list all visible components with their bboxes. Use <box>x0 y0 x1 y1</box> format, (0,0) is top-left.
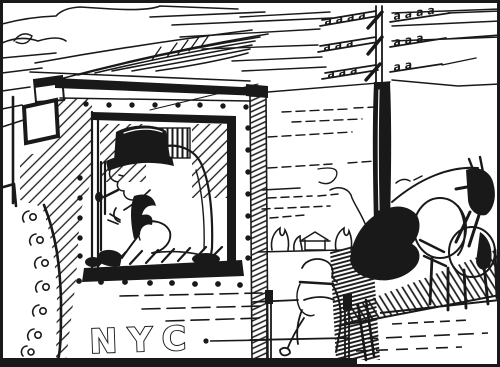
front-window <box>24 100 58 143</box>
flagman-hand <box>280 348 290 356</box>
ground-bar <box>0 358 357 365</box>
lettering-period <box>203 338 208 343</box>
cab-right-edge <box>250 96 268 360</box>
locomotive-sketch: aaaa aaaa aaa aaa aaa aa <box>0 0 500 367</box>
engineer-eye <box>119 175 123 176</box>
nyc-lettering: NYC <box>89 318 198 361</box>
sketch-canvas: aaaa aaaa aaa aaa aaa aa <box>0 0 500 367</box>
pole-lower <box>373 82 391 225</box>
